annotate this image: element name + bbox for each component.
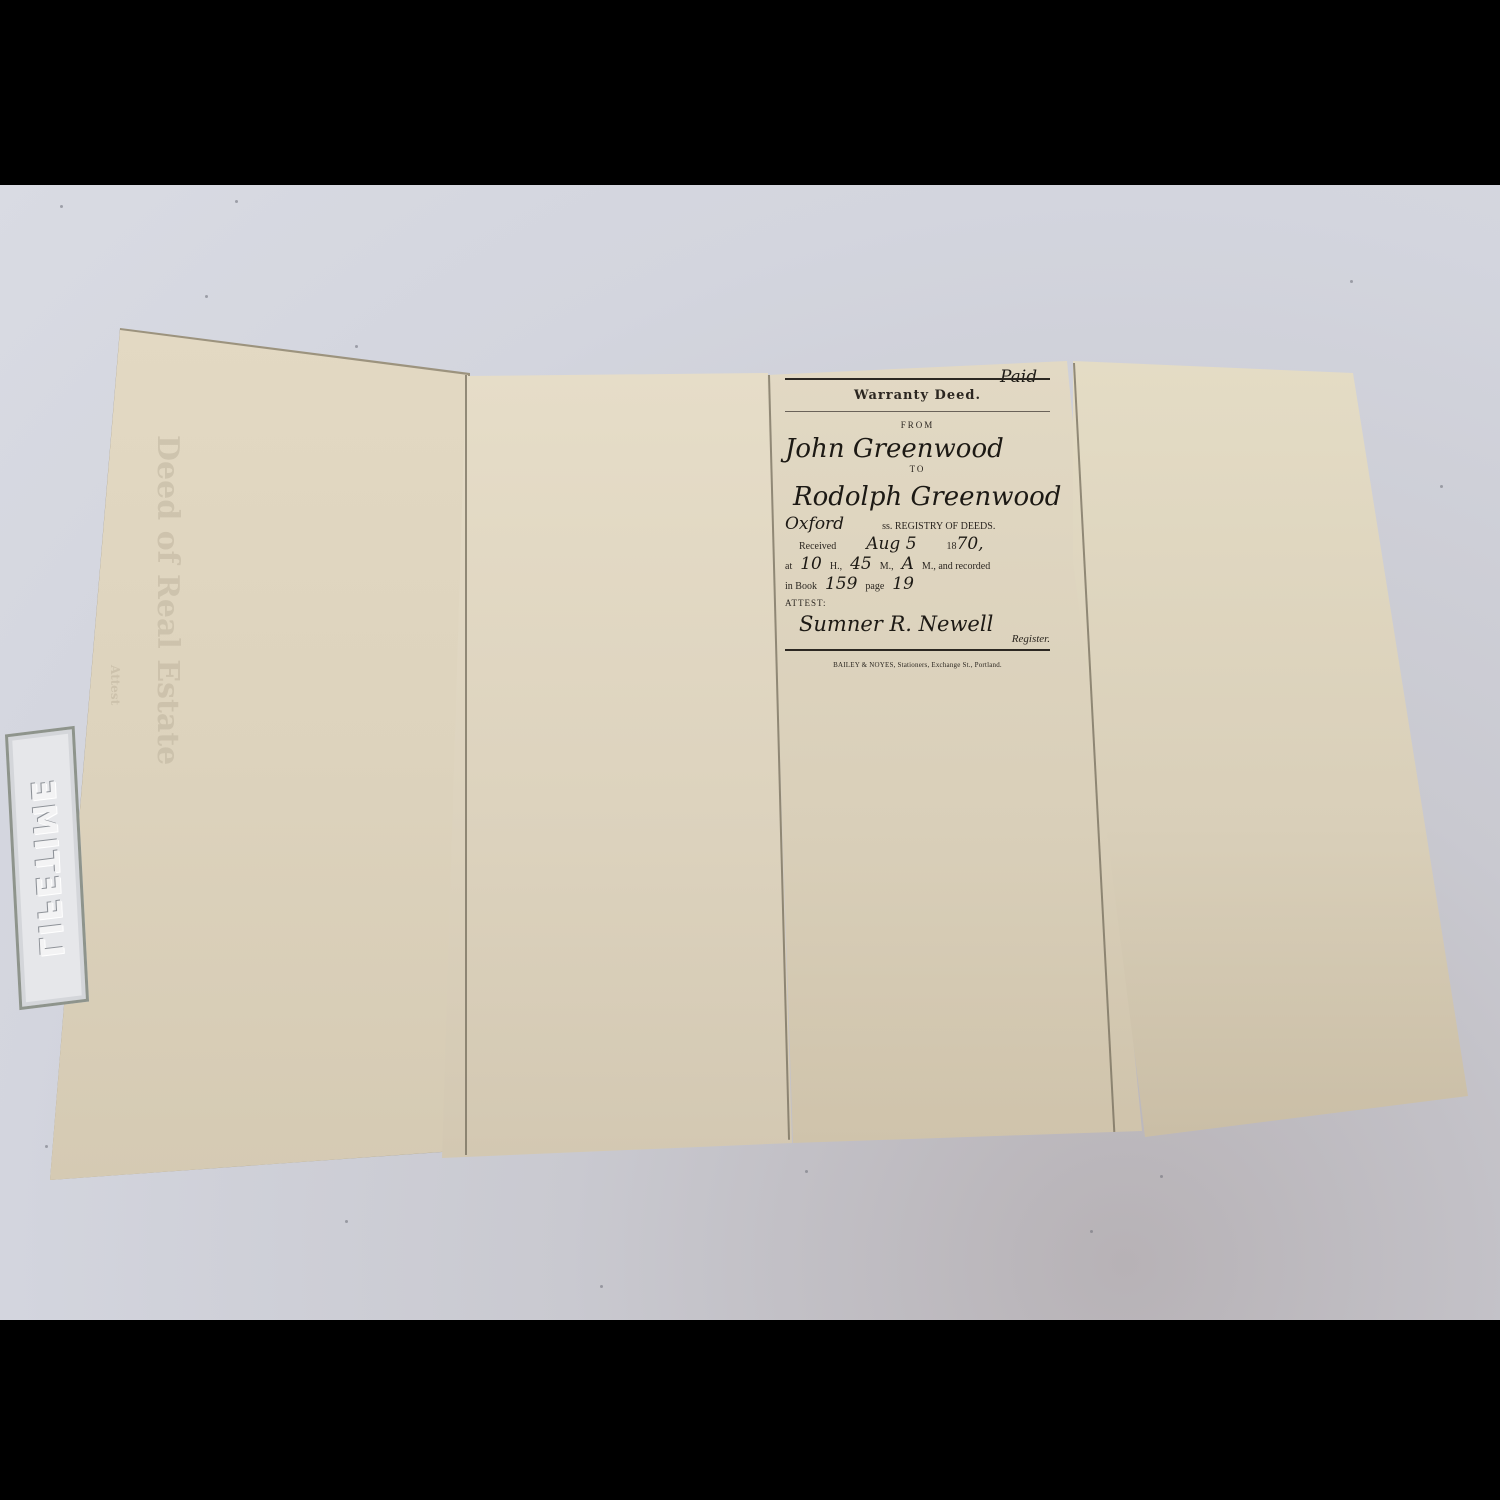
register-signature: Sumner R. Newell	[799, 614, 1050, 635]
speck	[1440, 485, 1443, 488]
deed-panel-4	[1073, 361, 1468, 1137]
speck	[60, 205, 63, 208]
attest-label: ATTEST:	[785, 598, 1050, 608]
deed-panel-2	[442, 373, 792, 1158]
meridiem-value: A	[902, 554, 914, 574]
deed-docket: Warranty Deed. FROM John Greenwood TO Ro…	[785, 378, 1050, 669]
faint-printed-side: Attest	[108, 665, 122, 705]
speck	[600, 1285, 603, 1288]
page-value: 19	[892, 574, 914, 594]
year-suffix: 70,	[957, 534, 984, 554]
at-label: at	[785, 561, 792, 572]
speck	[355, 345, 358, 348]
speck	[1350, 280, 1353, 283]
speck	[205, 295, 208, 298]
page-label: page	[865, 581, 884, 592]
faint-printed-title: Deed of Real Estate	[150, 435, 185, 1155]
grantor-name: John Greenwood	[785, 436, 1050, 462]
title-rule	[785, 411, 1050, 412]
printer-imprint: BAILEY & NOYES, Stationers, Exchange St.…	[785, 661, 1050, 669]
recorded-label: M., and recorded	[922, 561, 990, 572]
registry-label: ss. REGISTRY OF DEEDS.	[882, 521, 995, 532]
to-label: TO	[785, 464, 1050, 474]
fold-line	[465, 375, 467, 1155]
badge-text: LIFETIME	[23, 776, 70, 960]
received-label: Received	[799, 541, 836, 552]
bottom-rule	[785, 649, 1050, 651]
photo-background: Deed of Real Estate Attest Paid Warranty…	[0, 185, 1500, 1320]
speck	[45, 1145, 48, 1148]
deed-panel-1	[50, 330, 468, 1180]
h-label: H.,	[830, 561, 842, 572]
year-prefix: 18	[947, 541, 957, 552]
from-label: FROM	[785, 420, 1050, 430]
speck	[1160, 1175, 1163, 1178]
grantee-name: Rodolph Greenwood	[793, 484, 1050, 510]
deed-title: Warranty Deed.	[785, 388, 1050, 403]
lifetime-embossed-label: LIFETIME	[5, 726, 89, 1010]
hour-value: 10	[800, 554, 822, 574]
top-rule	[785, 378, 1050, 380]
book-label: in Book	[785, 581, 817, 592]
speck	[345, 1220, 348, 1223]
minutes-value: 45	[850, 554, 872, 574]
speck	[805, 1170, 808, 1173]
received-date: Aug 5	[866, 534, 916, 554]
speck	[235, 200, 238, 203]
book-value: 159	[825, 574, 857, 594]
m-label: M.,	[880, 561, 894, 572]
county-handwritten: Oxford	[785, 514, 844, 534]
speck	[1090, 1230, 1093, 1233]
